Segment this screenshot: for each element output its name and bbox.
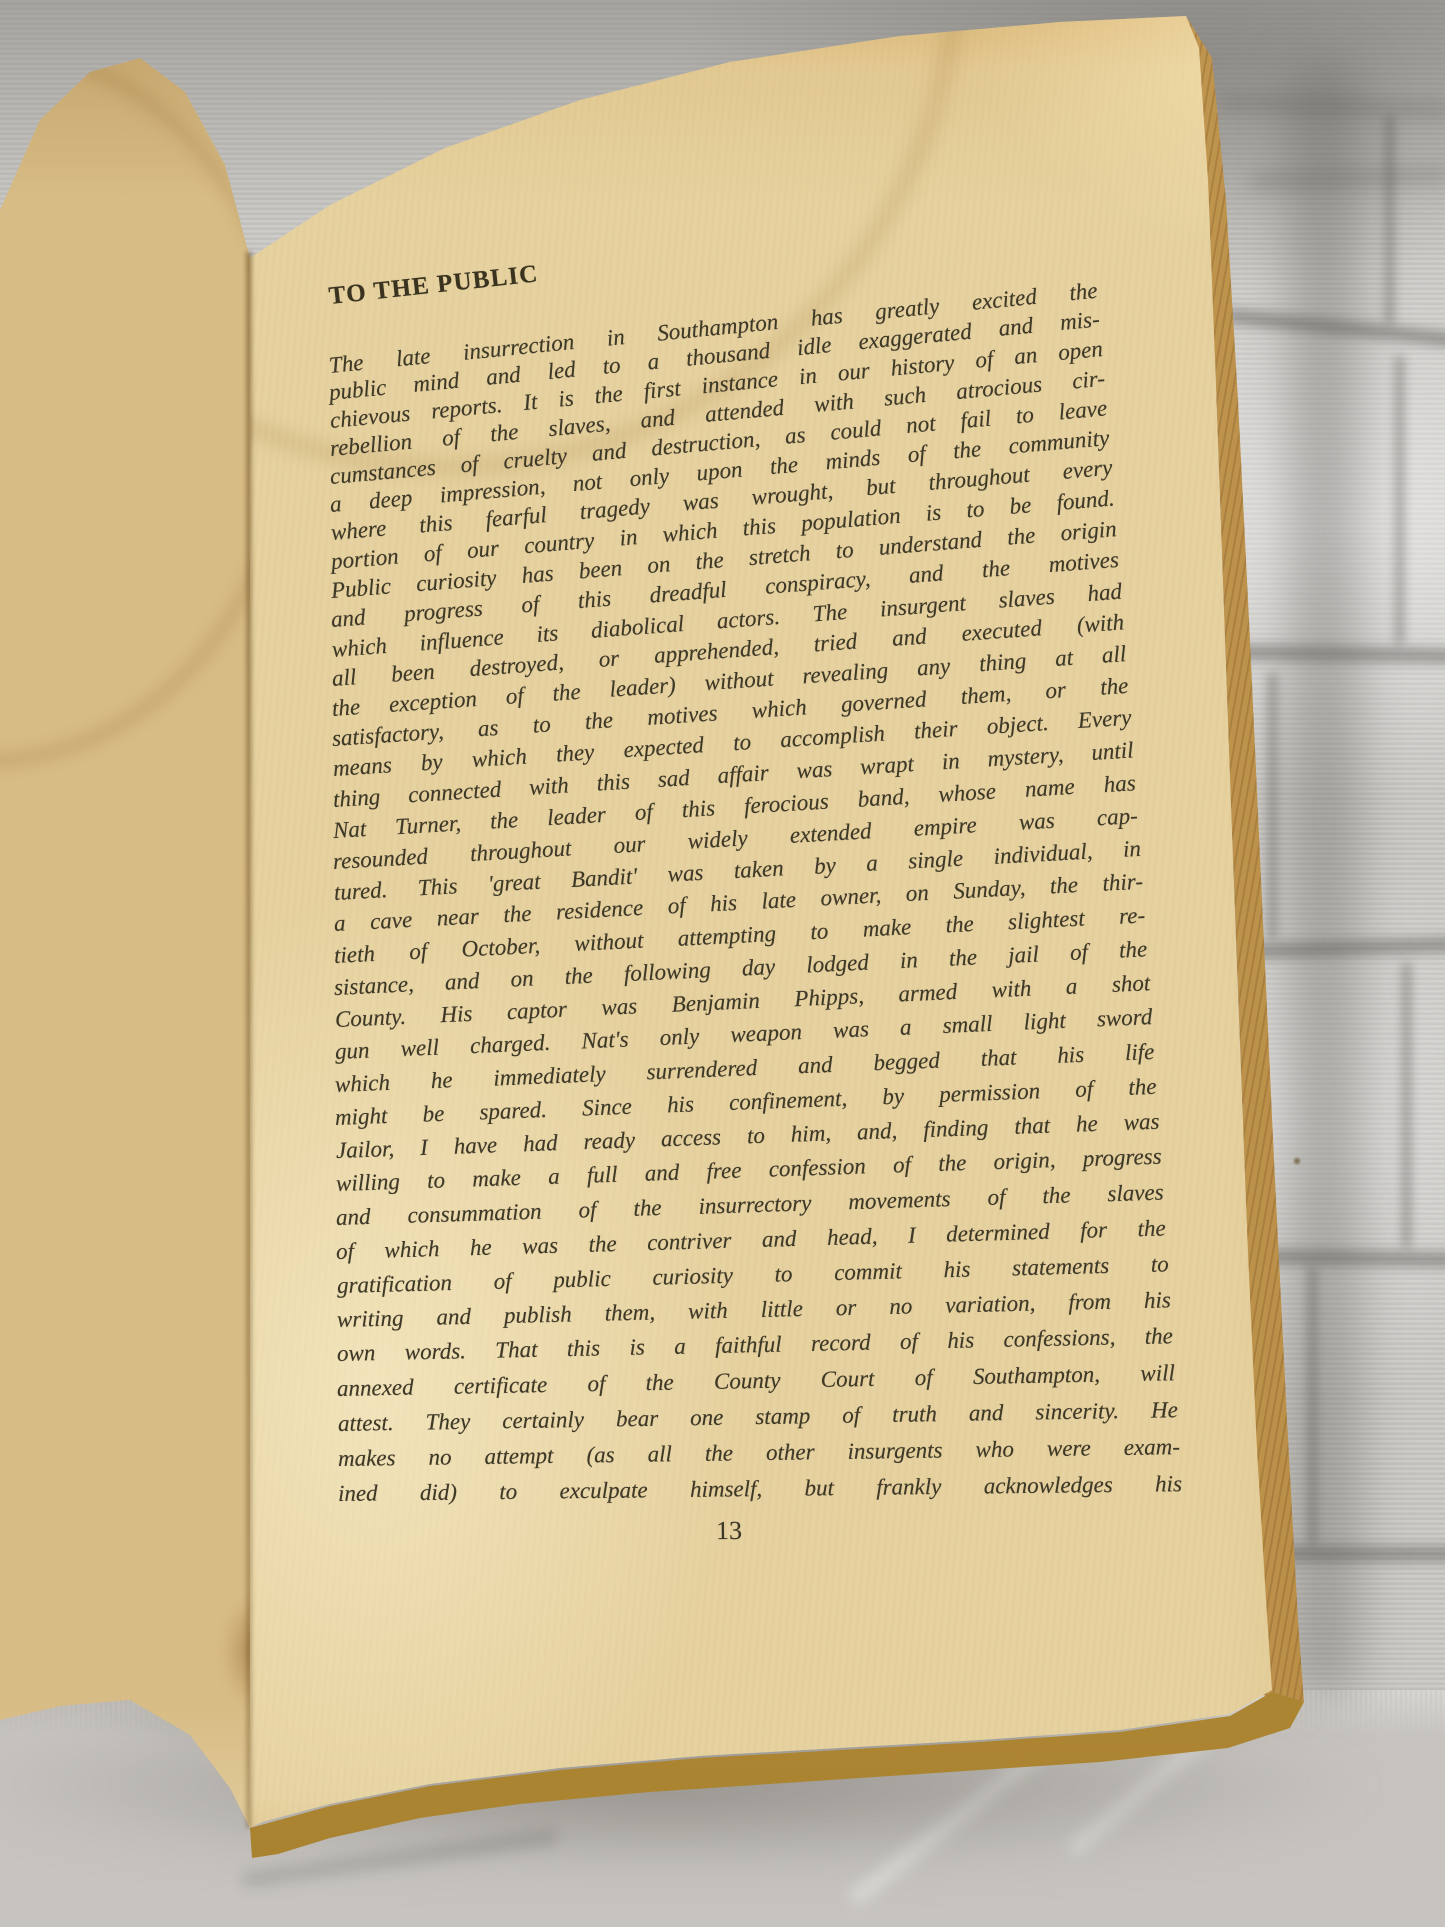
text-line: ined did) to exculpate himself, but fran… <box>338 1468 1182 1509</box>
page-number: 13 <box>329 1512 1129 1550</box>
text-line: makes no attempt (as all the other insur… <box>338 1431 1180 1474</box>
page-heading: TO THE PUBLIC <box>327 259 540 312</box>
printed-text-layer: TO THE PUBLIC The late insurrection in S… <box>0 0 1445 1927</box>
